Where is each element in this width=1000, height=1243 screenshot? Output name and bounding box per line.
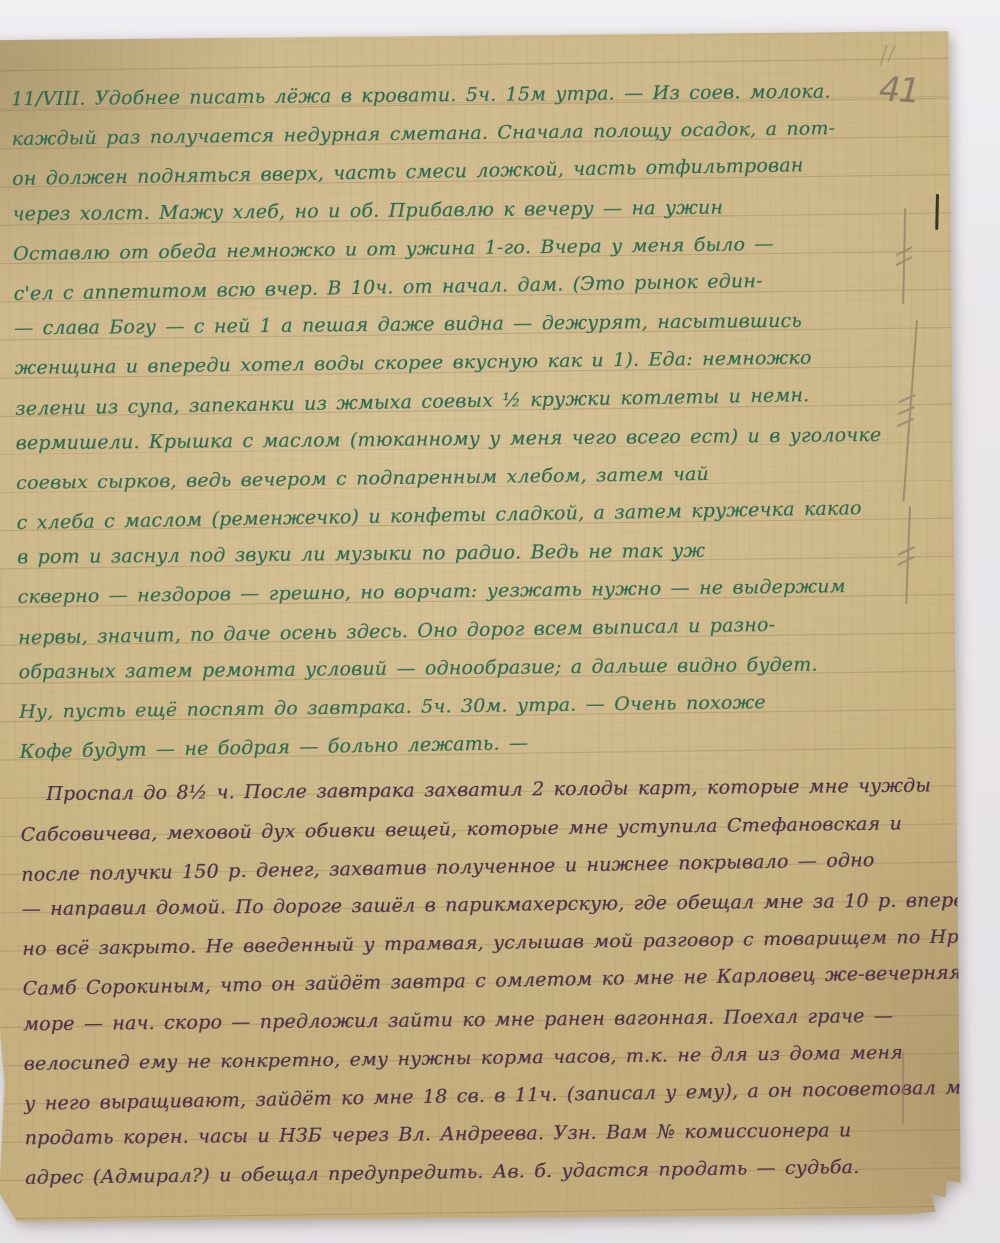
diary-entry: 11/VIII. Удобнее писать лёжа в кровати. …	[11, 70, 948, 1197]
paper-wrapper: 41 11/VIII. Удобнее писать лёжа в кроват…	[0, 28, 966, 1227]
entry-green-section: 11/VIII. Удобнее писать лёжа в кровати. …	[11, 70, 942, 769]
entry-dark-section: Проспал до 8½ ч. После завтрака захватил…	[20, 765, 947, 1197]
pencil-margin-mark	[894, 1052, 914, 1124]
pencil-line	[902, 208, 906, 304]
pencil-stroke	[887, 45, 896, 62]
scan-background: 41 11/VIII. Удобнее писать лёжа в кроват…	[0, 0, 1000, 1243]
pencil-scribble-icon	[874, 44, 908, 70]
pencil-margin-mark	[897, 506, 929, 605]
pencil-line	[902, 1052, 904, 1124]
manuscript-page: 41 11/VIII. Удобнее писать лёжа в кроват…	[0, 28, 966, 1227]
pencil-stroke	[879, 45, 887, 67]
manuscript-line: море — нач. скоро — предложил зайти ко м…	[23, 996, 945, 1043]
ink-edge-mark	[935, 194, 939, 230]
pencil-line	[905, 506, 911, 604]
pencil-margin-mark	[894, 208, 924, 305]
